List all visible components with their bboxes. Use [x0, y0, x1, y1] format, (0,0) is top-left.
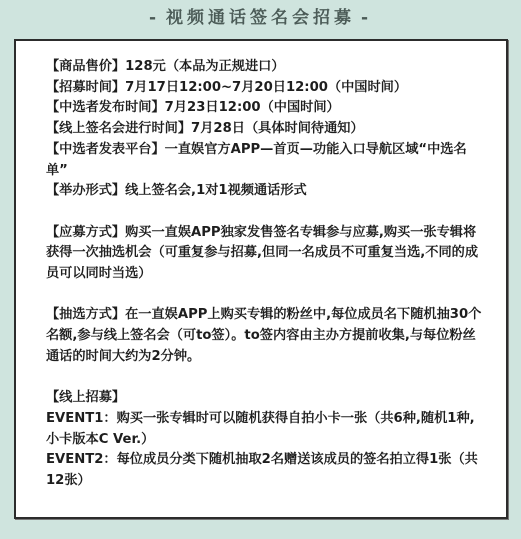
- spacer: [46, 285, 486, 306]
- title-dash-right: -: [361, 8, 372, 28]
- apply-method-paragraph: 【应募方式】购买一直娱APP独家发售签名专辑参与应募,购买一张专辑将获得一次抽选…: [46, 223, 486, 285]
- event-time-line: 【线上签名会进行时间】7月28日（具体时间待通知）: [46, 119, 486, 140]
- recruit-time-line: 【招募时间】7月17日12:00~7月20日12:00（中国时间）: [46, 78, 486, 99]
- announce-time-line: 【中选者发布时间】7月23日12:00（中国时间）: [46, 98, 486, 119]
- platform-line: 【中选者发表平台】一直娱官方APP—首页—功能入口导航区域“中选名单”: [46, 140, 486, 181]
- online-recruit-heading: 【线上招募】: [46, 388, 486, 409]
- format-line: 【举办形式】线上签名会,1对1视频通话形式: [46, 181, 486, 202]
- price-line: 【商品售价】128元（本品为正规进口）: [46, 57, 486, 78]
- draw-method-paragraph: 【抽选方式】在一直娱APP上购买专辑的粉丝中,每位成员名下随机抽30个名额,参与…: [46, 305, 486, 367]
- info-card: 【商品售价】128元（本品为正规进口） 【招募时间】7月17日12:00~7月2…: [14, 39, 508, 519]
- title-text: 视频通话签名会招募: [166, 8, 355, 28]
- event1-paragraph: EVENT1：购买一张专辑时可以随机获得自拍小卡一张（共6种,随机1种,小卡版本…: [46, 409, 486, 450]
- info-content: 【商品售价】128元（本品为正规进口） 【招募时间】7月17日12:00~7月2…: [46, 57, 486, 492]
- spacer: [46, 202, 486, 223]
- page-title: -视频通话签名会招募-: [0, 6, 521, 30]
- spacer: [46, 368, 486, 389]
- event2-paragraph: EVENT2：每位成员分类下随机抽取2名赠送该成员的签名拍立得1张（共12张）: [46, 450, 486, 491]
- title-dash-left: -: [149, 8, 160, 28]
